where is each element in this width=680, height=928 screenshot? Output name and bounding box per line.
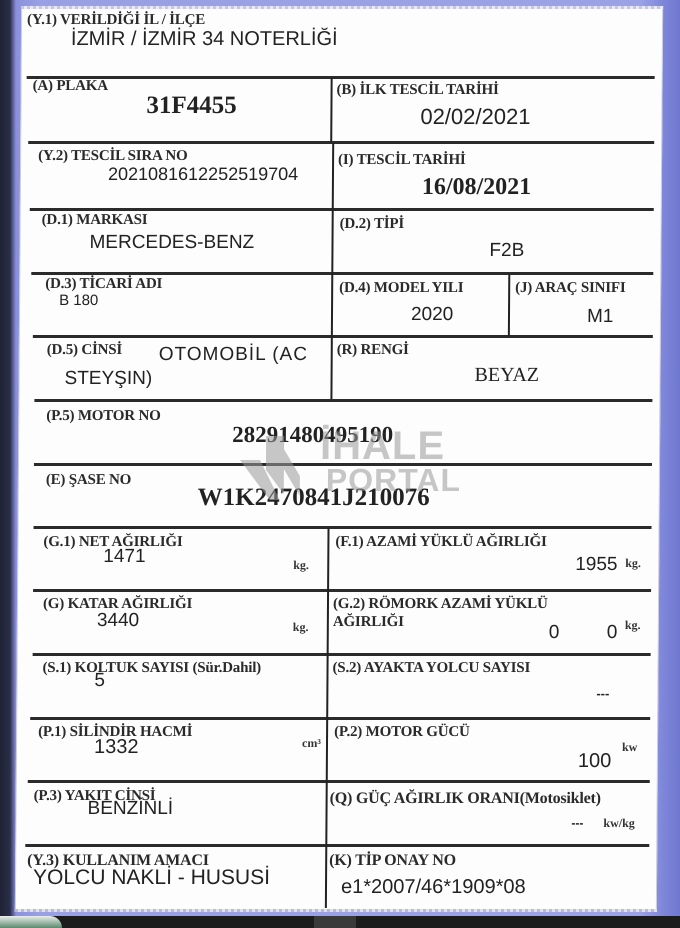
trailer-max-weight-unit: kg. bbox=[625, 618, 641, 633]
registration-serial-value: 2021081612252519704 bbox=[108, 164, 298, 185]
type-approval-value: e1*2007/46*1909*08 bbox=[341, 876, 526, 899]
engine-power-label: (P.2) MOTOR GÜCÜ bbox=[334, 724, 470, 741]
power-weight-ratio-value: --- bbox=[571, 816, 583, 830]
bottom-strip-segment bbox=[314, 916, 356, 928]
trade-name-value: B 180 bbox=[59, 292, 98, 309]
standing-passenger-value: --- bbox=[596, 686, 609, 701]
type-label: (D.2) TİPİ bbox=[340, 216, 405, 233]
issued-province-label: (Y.1) VERİLDİĞİ İL / İLÇE bbox=[27, 12, 205, 29]
color-value: BEYAZ bbox=[475, 364, 540, 387]
divider bbox=[30, 717, 650, 720]
divider bbox=[28, 780, 650, 783]
standing-passenger-label: (S.2) AYAKTA YOLCU SAYISI bbox=[332, 660, 530, 677]
column-divider bbox=[330, 143, 334, 399]
max-laden-weight-value: 1955 bbox=[575, 554, 617, 576]
divider bbox=[25, 844, 649, 847]
divider bbox=[33, 653, 651, 656]
engine-no-label: (P.5) MOTOR NO bbox=[46, 408, 160, 425]
divider bbox=[33, 335, 653, 338]
usage-purpose-value: YOLCU NAKLİ - HUSUSİ bbox=[33, 866, 270, 890]
color-label: (R) RENGİ bbox=[337, 342, 409, 359]
plate-value: 31F4455 bbox=[146, 92, 236, 120]
trailer-max-weight-value-a: 0 bbox=[549, 622, 560, 644]
type-value: F2B bbox=[489, 240, 524, 262]
registration-document: (Y.1) VERİLDİĞİ İL / İLÇE İZMİR / İZMİR … bbox=[15, 6, 663, 912]
plate-label: (A) PLAKA bbox=[33, 78, 108, 95]
divider bbox=[34, 526, 652, 529]
divider bbox=[28, 141, 654, 144]
divider bbox=[33, 589, 651, 592]
corner-logo bbox=[0, 916, 62, 928]
max-laden-weight-label: (F.1) AZAMİ YÜKLÜ AĞIRLIĞI bbox=[335, 534, 546, 551]
engine-no-value: 28291480495190 bbox=[232, 422, 393, 448]
trade-name-label: (D.3) TİCARİ ADI bbox=[45, 276, 162, 293]
divider bbox=[31, 272, 653, 275]
bottom-strip bbox=[0, 916, 680, 928]
model-year-label: (D.4) MODEL YILI bbox=[339, 280, 463, 297]
engine-power-value: 100 bbox=[578, 750, 612, 773]
vehicle-class-label: (J) ARAÇ SINIFI bbox=[515, 280, 625, 297]
power-weight-ratio-label: (Q) GÜÇ AĞIRLIK ORANI(Motosiklet) bbox=[330, 790, 601, 808]
vehicle-class-value: M1 bbox=[587, 306, 614, 328]
chassis-no-value: W1K2470841J210076 bbox=[198, 484, 430, 512]
model-year-value: 2020 bbox=[411, 304, 453, 326]
max-laden-weight-unit: kg. bbox=[625, 556, 641, 571]
engine-power-unit: kw bbox=[622, 740, 637, 755]
fuel-type-value: BENZİNLİ bbox=[87, 798, 173, 820]
combination-weight-unit: kg. bbox=[293, 620, 309, 635]
issued-province-value: İZMİR / İZMİR 34 NOTERLİĞİ bbox=[71, 28, 338, 51]
registration-date-label: (I) TESCİL TARİHİ bbox=[338, 152, 466, 169]
cylinder-volume-unit: cm³ bbox=[302, 736, 321, 751]
chassis-no-label: (E) ŞASE NO bbox=[46, 472, 131, 489]
registration-serial-label: (Y.2) TESCİL SIRA NO bbox=[38, 148, 188, 165]
trailer-max-weight-value-b: 0 bbox=[607, 622, 618, 644]
type-approval-label: (K) TİP ONAY NO bbox=[329, 852, 456, 870]
first-registration-date-label: (B) İLK TESCİL TARİHİ bbox=[337, 82, 499, 99]
net-weight-unit: kg. bbox=[293, 558, 309, 573]
vehicle-kind-label: (D.5) CİNSİ bbox=[47, 342, 122, 359]
divider bbox=[30, 208, 654, 211]
column-divider bbox=[508, 274, 510, 336]
seat-count-label: (S.1) KOLTUK SAYISI (Sür.Dahil) bbox=[42, 660, 261, 677]
divider bbox=[34, 399, 652, 402]
trailer-max-weight-label-line1: (G.2) RÖMORK AZAMİ YÜKLÜ bbox=[333, 596, 548, 613]
first-registration-date-value: 02/02/2021 bbox=[420, 104, 530, 130]
brand-label: (D.1) MARKASI bbox=[42, 212, 148, 229]
seat-count-value: 5 bbox=[94, 670, 105, 692]
cylinder-volume-value: 1332 bbox=[94, 736, 139, 759]
brand-value: MERCEDES-BENZ bbox=[89, 232, 254, 254]
divider bbox=[34, 463, 652, 466]
vehicle-kind-value-line1: OTOMOBİL (AC bbox=[159, 344, 308, 366]
divider bbox=[27, 76, 655, 79]
registration-date-value: 16/08/2021 bbox=[422, 174, 532, 201]
vehicle-kind-value-line2: STEYŞIN) bbox=[64, 368, 152, 390]
combination-weight-value: 3440 bbox=[97, 610, 139, 632]
power-weight-ratio-unit: kw/kg bbox=[603, 816, 634, 831]
trailer-max-weight-label-line2: AĞIRLIĞI bbox=[333, 614, 404, 631]
net-weight-value: 1471 bbox=[103, 546, 145, 568]
column-divider bbox=[330, 78, 332, 142]
